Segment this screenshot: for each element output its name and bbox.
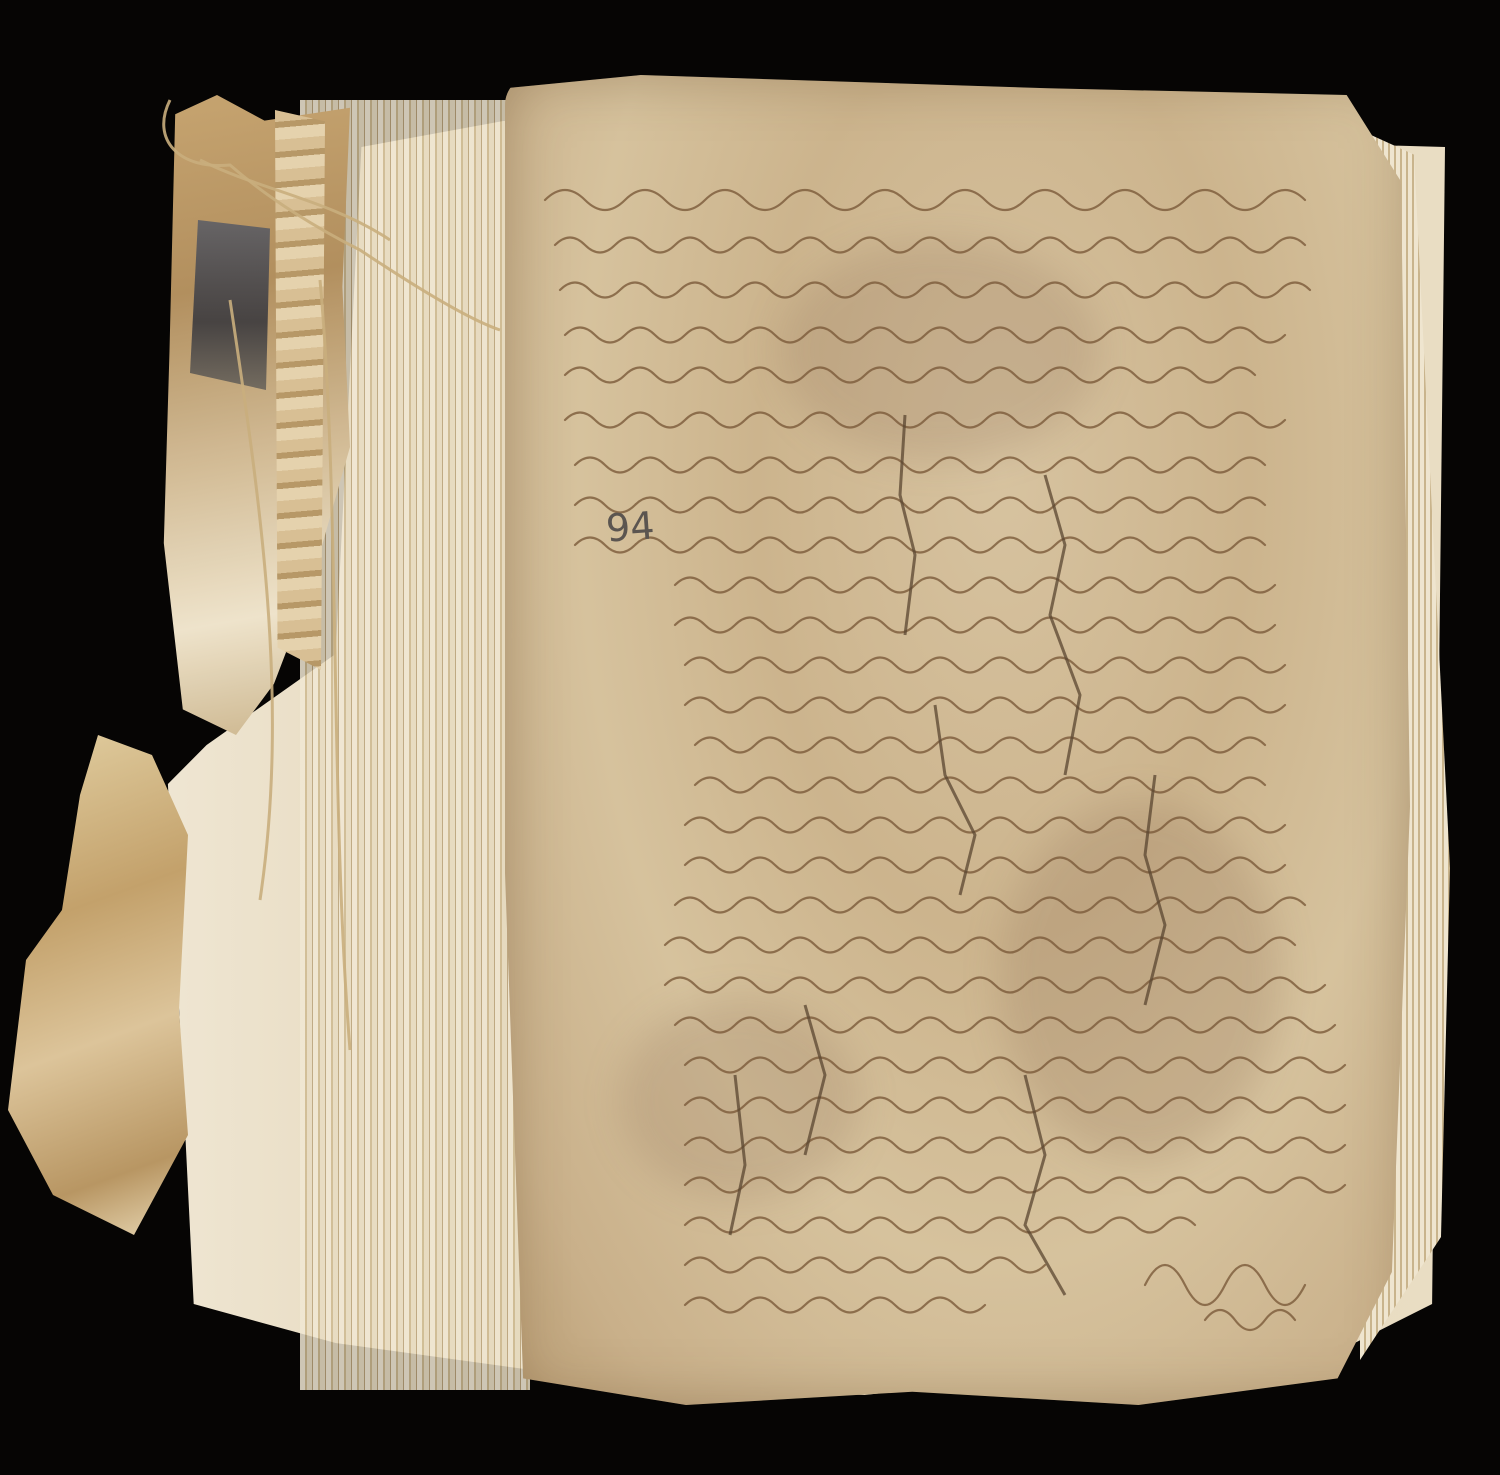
photo-background: 94	[0, 0, 1500, 1475]
folio-number: 94	[605, 503, 656, 550]
handwritten-text	[505, 75, 1410, 1405]
